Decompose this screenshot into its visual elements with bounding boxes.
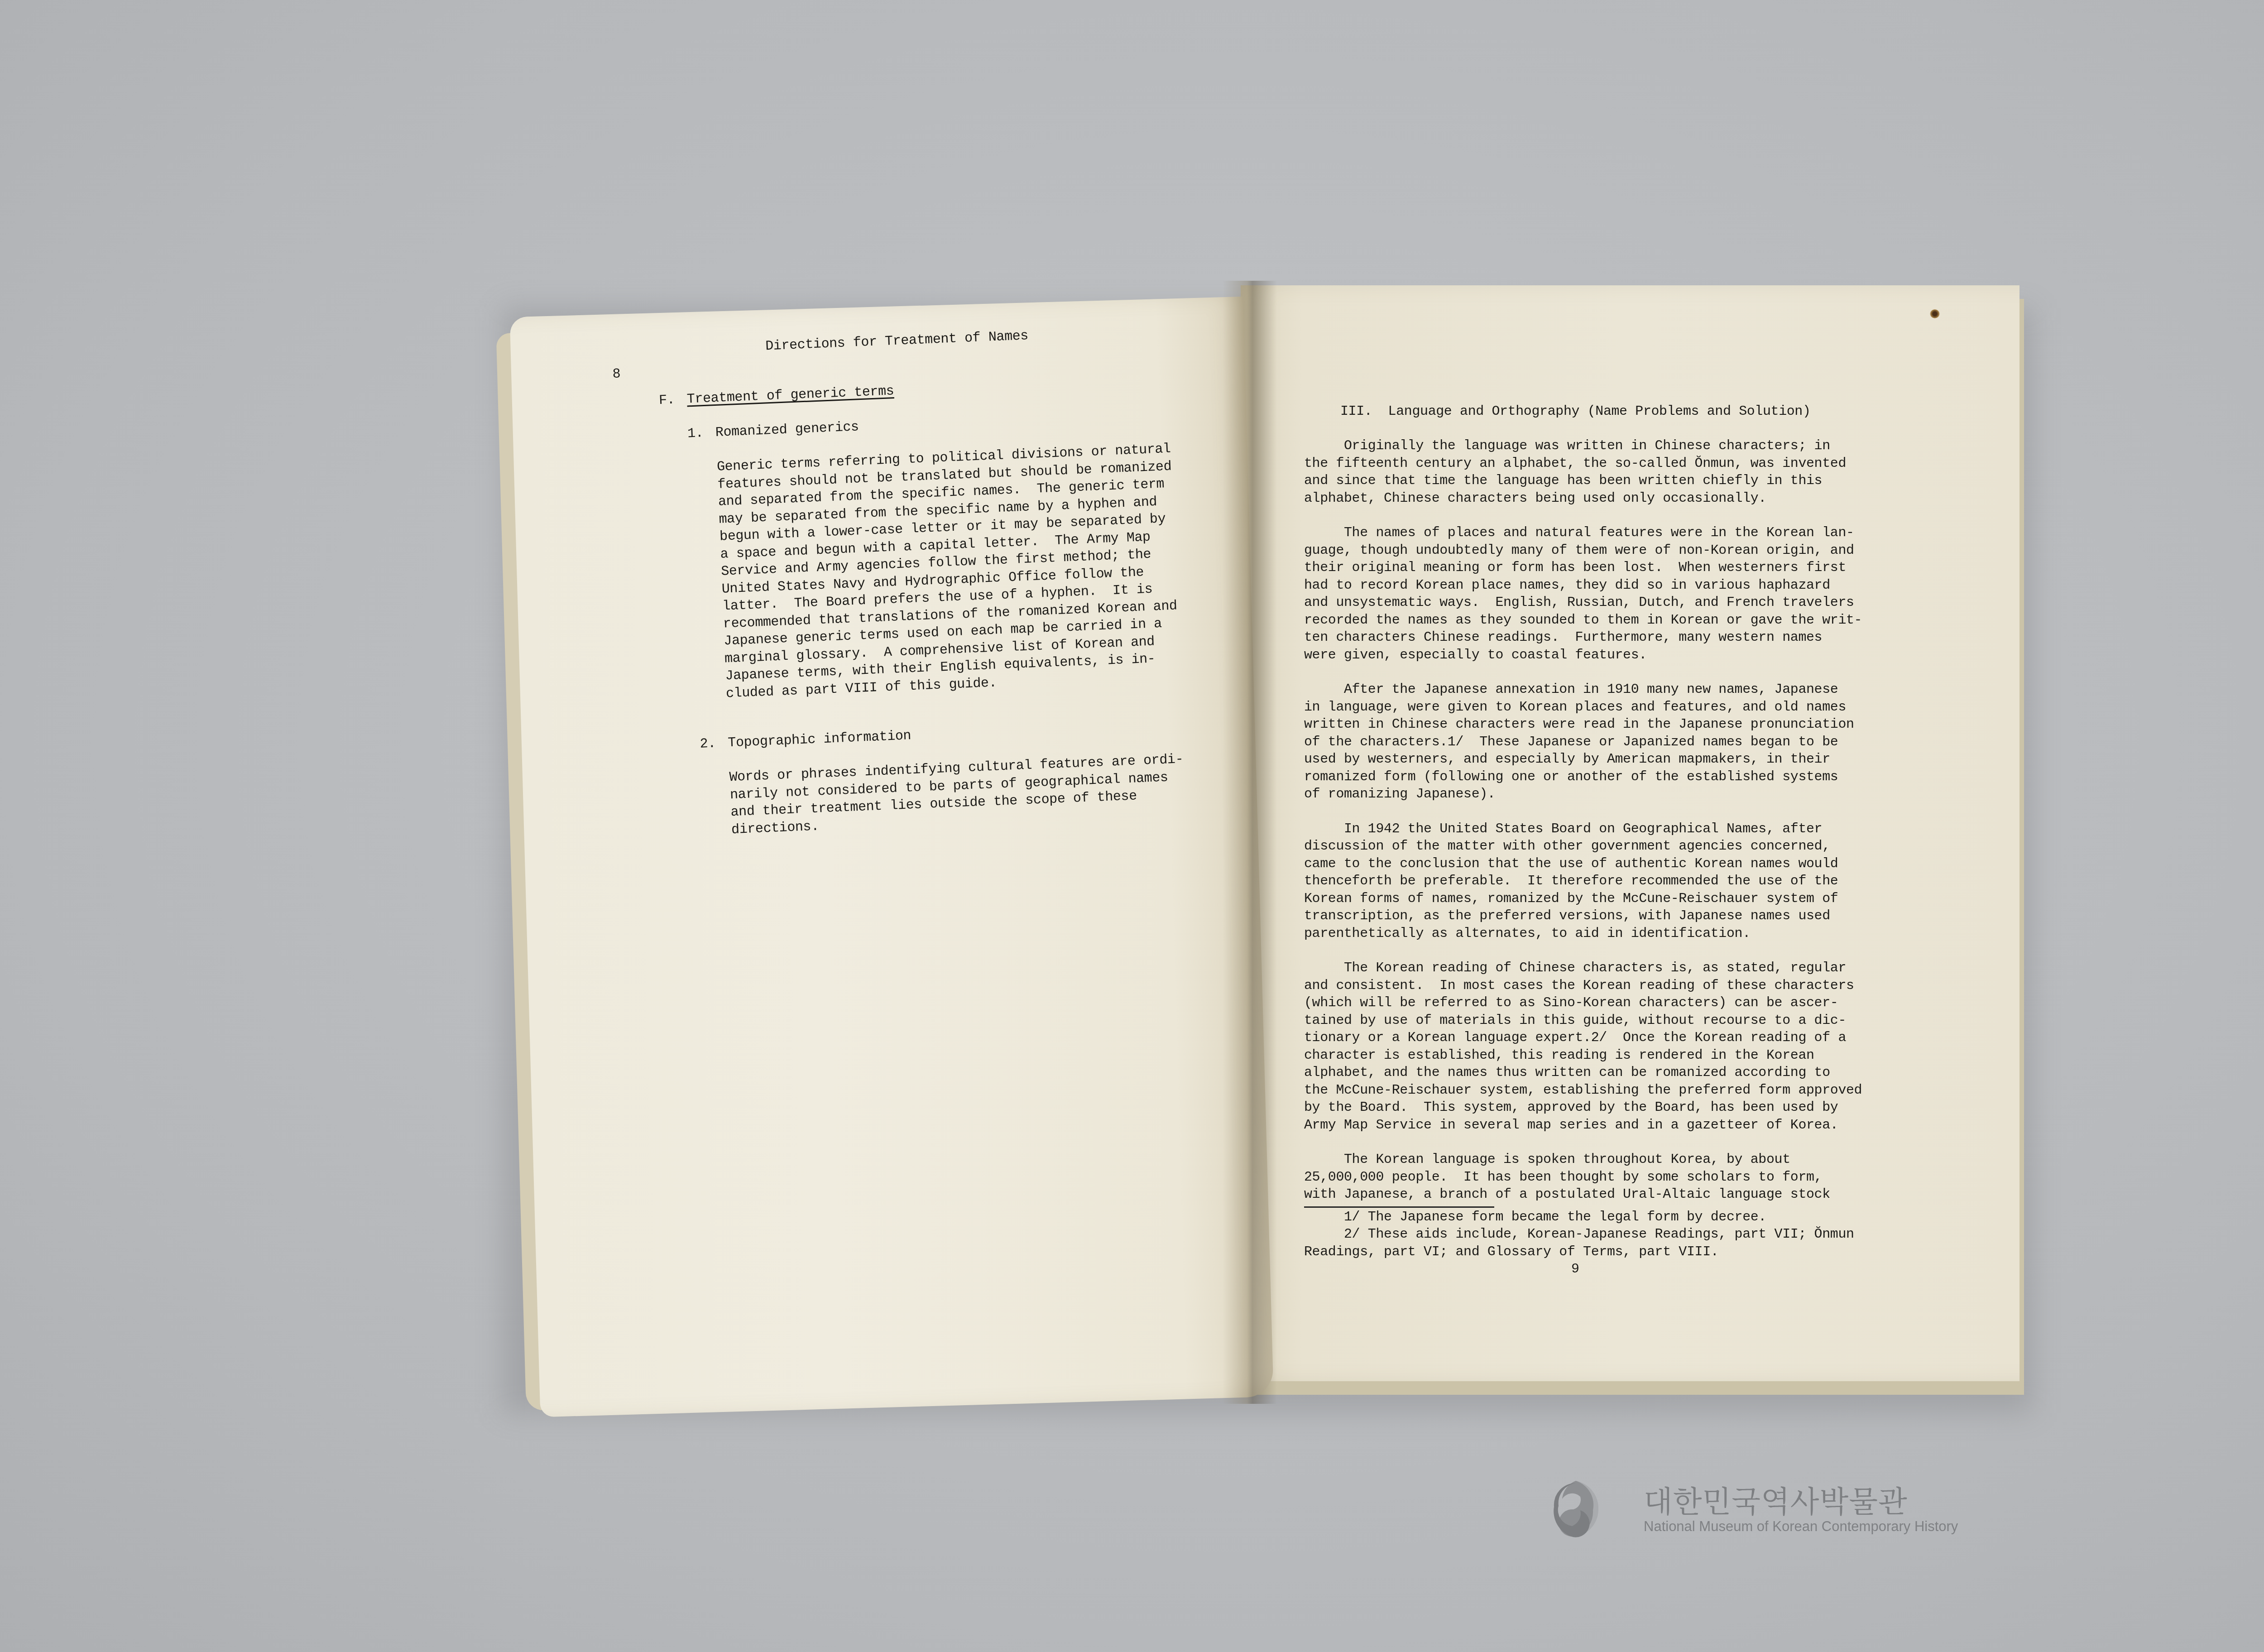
paper-hole-mark bbox=[1930, 309, 1940, 318]
text-line: and since that time the language has bee… bbox=[1304, 472, 1862, 490]
text-line: tained by use of materials in this guide… bbox=[1304, 1012, 1862, 1030]
text-line: came to the conclusion that the use of a… bbox=[1304, 855, 1862, 873]
taegeuk-swirl-icon bbox=[1553, 1479, 1598, 1537]
text-line: the McCune-Reischauer system, establishi… bbox=[1304, 1082, 1862, 1100]
item-1-body: Generic terms referring to political div… bbox=[716, 441, 1180, 703]
item-1-number: 1. bbox=[687, 425, 704, 443]
text-line: After the Japanese annexation in 1910 ma… bbox=[1304, 681, 1862, 699]
museum-watermark: 대한민국역사박물관 National Museum of Korean Cont… bbox=[1553, 1465, 2042, 1542]
text-line: The Korean language is spoken throughout… bbox=[1304, 1151, 1862, 1169]
text-line: The names of places and natural features… bbox=[1304, 524, 1862, 542]
text-line: recorded the names as they sounded to th… bbox=[1304, 612, 1862, 629]
text-line: romanized form (following one or another… bbox=[1304, 768, 1862, 786]
chapter-heading: III. Language and Orthography (Name Prob… bbox=[1340, 403, 1811, 421]
footnote-line: 2/ These aids include, Korean-Japanese R… bbox=[1304, 1226, 1862, 1244]
text-line: alphabet, and the names thus written can… bbox=[1304, 1064, 1862, 1082]
text-line: were given, especially to coastal featur… bbox=[1304, 647, 1862, 664]
text-line: (which will be referred to as Sino-Korea… bbox=[1304, 994, 1862, 1012]
book-gutter bbox=[1223, 281, 1277, 1404]
text-line: ten characters Chinese readings. Further… bbox=[1304, 629, 1862, 647]
text-line: used by westerners, and especially by Am… bbox=[1304, 751, 1862, 768]
text-line: had to record Korean place names, they d… bbox=[1304, 577, 1862, 595]
text-line: discussion of the matter with other gove… bbox=[1304, 838, 1862, 855]
paragraph: In 1942 the United States Board on Geogr… bbox=[1304, 821, 1862, 943]
text-line: in language, were given to Korean places… bbox=[1304, 699, 1862, 716]
text-line: transcription, as the preferred versions… bbox=[1304, 908, 1862, 925]
museum-name-korean: 대한민국역사박물관 bbox=[1644, 1478, 1908, 1521]
text-line: guage, though undoubtedly many of them w… bbox=[1304, 542, 1862, 560]
section-label: F. bbox=[658, 391, 675, 409]
text-line: by the Board. This system, approved by t… bbox=[1304, 1099, 1862, 1117]
text-line: their original meaning or form has been … bbox=[1304, 559, 1862, 577]
text-line: Army Map Service in several map series a… bbox=[1304, 1117, 1862, 1134]
item-2-number: 2. bbox=[700, 735, 716, 753]
text-line: alphabet, Chinese characters being used … bbox=[1304, 490, 1862, 508]
page-number: 8 bbox=[612, 365, 621, 383]
text-line: with Japanese, a branch of a postulated … bbox=[1304, 1186, 1862, 1204]
text-line: of romanizing Japanese). bbox=[1304, 786, 1862, 803]
text-line: Originally the language was written in C… bbox=[1304, 437, 1862, 455]
paragraph: Originally the language was written in C… bbox=[1304, 437, 1862, 507]
footnotes: 1/ The Japanese form became the legal fo… bbox=[1304, 1209, 1862, 1261]
text-line: and unsystematic ways. English, Russian,… bbox=[1304, 594, 1862, 612]
text-line: written in Chinese characters were read … bbox=[1304, 716, 1862, 734]
text-line: Korean forms of names, romanized by the … bbox=[1304, 890, 1862, 908]
text-line: character is established, this reading i… bbox=[1304, 1047, 1862, 1065]
text-line: In 1942 the United States Board on Geogr… bbox=[1304, 821, 1862, 838]
text-line: thenceforth be preferable. It therefore … bbox=[1304, 873, 1862, 890]
chapter-body: Originally the language was written in C… bbox=[1304, 437, 1862, 1278]
paragraph: After the Japanese annexation in 1910 ma… bbox=[1304, 681, 1862, 803]
text-line: The Korean reading of Chinese characters… bbox=[1304, 960, 1862, 977]
museum-name-english: National Museum of Korean Contemporary H… bbox=[1644, 1518, 1958, 1535]
text-line: parenthetically as alternates, to aid in… bbox=[1304, 925, 1862, 943]
footnote-rule bbox=[1304, 1206, 1494, 1208]
paragraph: The Korean language is spoken throughout… bbox=[1304, 1151, 1862, 1204]
text-line: of the characters.1/ These Japanese or J… bbox=[1304, 734, 1862, 751]
text-line: 25,000,000 people. It has been thought b… bbox=[1304, 1169, 1862, 1186]
paragraph: The Korean reading of Chinese characters… bbox=[1304, 960, 1862, 1134]
footnote-line: Readings, part VI; and Glossary of Terms… bbox=[1304, 1244, 1862, 1261]
text-line: tionary or a Korean language expert.2/ O… bbox=[1304, 1029, 1862, 1047]
text-line: and consistent. In most cases the Korean… bbox=[1304, 977, 1862, 995]
footnote-line: 1/ The Japanese form became the legal fo… bbox=[1304, 1209, 1862, 1226]
text-line: the fifteenth century an alphabet, the s… bbox=[1304, 455, 1862, 473]
paragraph: The names of places and natural features… bbox=[1304, 524, 1862, 664]
page-number: 9 bbox=[1304, 1261, 1862, 1278]
